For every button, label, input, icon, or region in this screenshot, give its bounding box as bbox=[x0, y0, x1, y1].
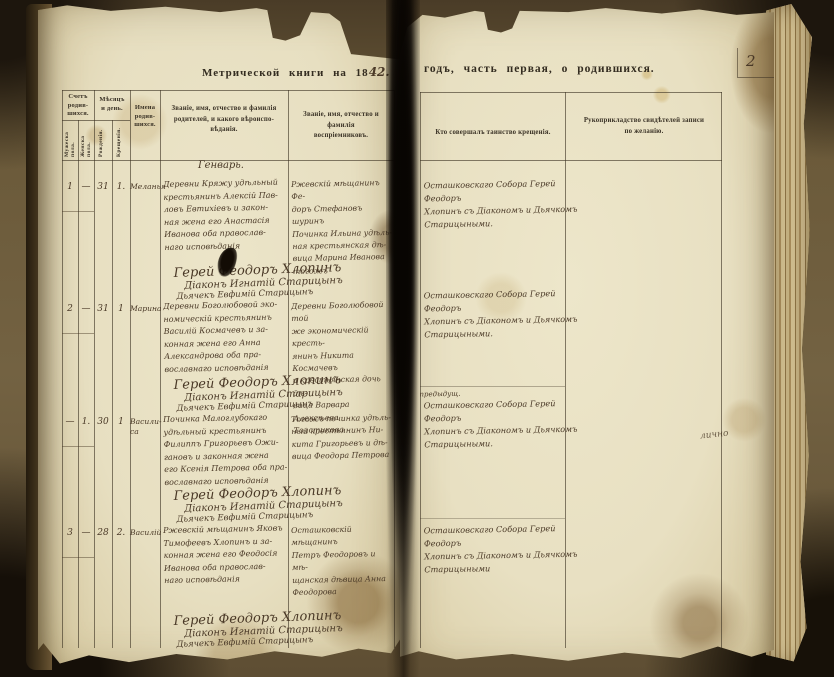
title-printed-part: Метрической книги на 18 bbox=[202, 67, 369, 79]
count-female: 1. bbox=[78, 417, 94, 427]
day-born: 31 bbox=[94, 304, 112, 314]
register-year-handwritten: 42. bbox=[369, 65, 390, 79]
header-names: Имена родив- шихся. bbox=[130, 104, 160, 130]
header-count-male: Мужеска пола. bbox=[64, 123, 76, 157]
register-row-2: 2 — 31 1 Марина Деревни Боголюбовой эко-… bbox=[62, 300, 394, 412]
header-count-group: Счетъ родив- шихся. bbox=[62, 93, 94, 119]
header-godparents: Званіе, имя, отчество и фамилія воспріем… bbox=[290, 110, 392, 142]
register-title-right: годъ, часть первая, о родившихся. bbox=[424, 63, 655, 75]
day-born: 28 bbox=[94, 528, 112, 538]
count-male: 2 bbox=[62, 304, 78, 314]
child-name: Марина bbox=[130, 304, 161, 314]
book-photo: Метрической книги на 1842. Счетъ родив- … bbox=[0, 0, 834, 677]
day-baptized: 1 bbox=[112, 417, 130, 427]
count-female: — bbox=[78, 528, 94, 538]
register-row-3: — 1. 30 1 Васили- са Починка Малоглубока… bbox=[62, 413, 394, 523]
count-female: — bbox=[78, 182, 94, 192]
baptism-performer-3-wrap: предыдущ. Осташковскаго Собора Герей Фео… bbox=[424, 397, 587, 452]
clergy-signatures: Герей Феодоръ Хлопинъ Діаконъ Игнатій Ст… bbox=[173, 483, 343, 525]
godparents-record: Тогожъ починка удѣль- ный крестьянинъ Ни… bbox=[291, 412, 394, 464]
baptism-performer-4: Осташковскаго Собора Герей Феодоръ Хлопи… bbox=[424, 522, 587, 577]
child-name: Василій bbox=[130, 528, 161, 538]
day-born: 30 bbox=[94, 417, 112, 427]
marginal-word: предыдущ. bbox=[419, 388, 460, 402]
parents-record: Починка Малоглубокаго удѣльный крестьяни… bbox=[163, 411, 291, 489]
header-day-baptized: Крещенія. bbox=[116, 123, 122, 157]
header-performer: Кто совершалъ таинство крещенія. bbox=[424, 128, 562, 139]
parents-record: Ржевскій мѣщанинъ Яковъ Тимофеевъ Хлопин… bbox=[163, 522, 290, 588]
day-born: 31 bbox=[94, 182, 112, 192]
register-row-1: 1 — 31 1. Меланья Деревни Кряжу удѣльный… bbox=[62, 178, 394, 300]
count-male: 1 bbox=[62, 182, 78, 192]
count-female: — bbox=[78, 304, 94, 314]
header-count-female: Женска пола. bbox=[80, 123, 92, 157]
godparents-record: Ржевскій мѣщанинъ Фе- доръ Стефановъ шур… bbox=[291, 177, 395, 278]
header-month-group: Мѣсяцъ и день. bbox=[94, 96, 130, 113]
register-title-left: Метрической книги на 1842. bbox=[202, 65, 390, 79]
header-day-born: Рожденія. bbox=[98, 123, 104, 157]
register-row-4: 3 — 28 2. Василій Ржевскій мѣщанинъ Яков… bbox=[62, 524, 394, 648]
count-male: 3 bbox=[62, 528, 78, 538]
count-male: — bbox=[62, 417, 78, 427]
day-baptized: 2. bbox=[112, 528, 130, 538]
child-name: Меланья bbox=[130, 182, 161, 192]
day-baptized: 1. bbox=[112, 182, 130, 192]
day-baptized: 1 bbox=[112, 304, 130, 314]
header-witnesses: Рукоприкладство свидѣтелей записи по жел… bbox=[568, 116, 720, 137]
page-number: 2 bbox=[746, 52, 756, 70]
parents-record: Деревни Кряжу удѣльный крестьянинъ Алекс… bbox=[163, 176, 291, 254]
clergy-signatures: Герей Феодоръ Хлопинъ Діаконъ Игнатій Ст… bbox=[173, 608, 343, 650]
parents-record: Деревни Боголюбовой эко- номическій крес… bbox=[163, 298, 291, 376]
baptism-performer-2: Осташковскаго Собора Герей Феодоръ Хлопи… bbox=[424, 287, 587, 342]
header-parents: Званіе, имя, отчество и фамилія родителе… bbox=[162, 104, 286, 136]
month-heading: Генварь. bbox=[198, 160, 244, 171]
godparents-record: Осташковскій мѣщанинъ Петръ Феодоровъ и … bbox=[291, 523, 395, 600]
baptism-performer-3: Осташковскаго Собора Герей Феодоръ Хлопи… bbox=[424, 397, 587, 452]
child-name: Васили- са bbox=[130, 417, 161, 437]
baptism-performer-1: Осташковскаго Собора Герей Феодоръ Хлопи… bbox=[424, 177, 587, 232]
